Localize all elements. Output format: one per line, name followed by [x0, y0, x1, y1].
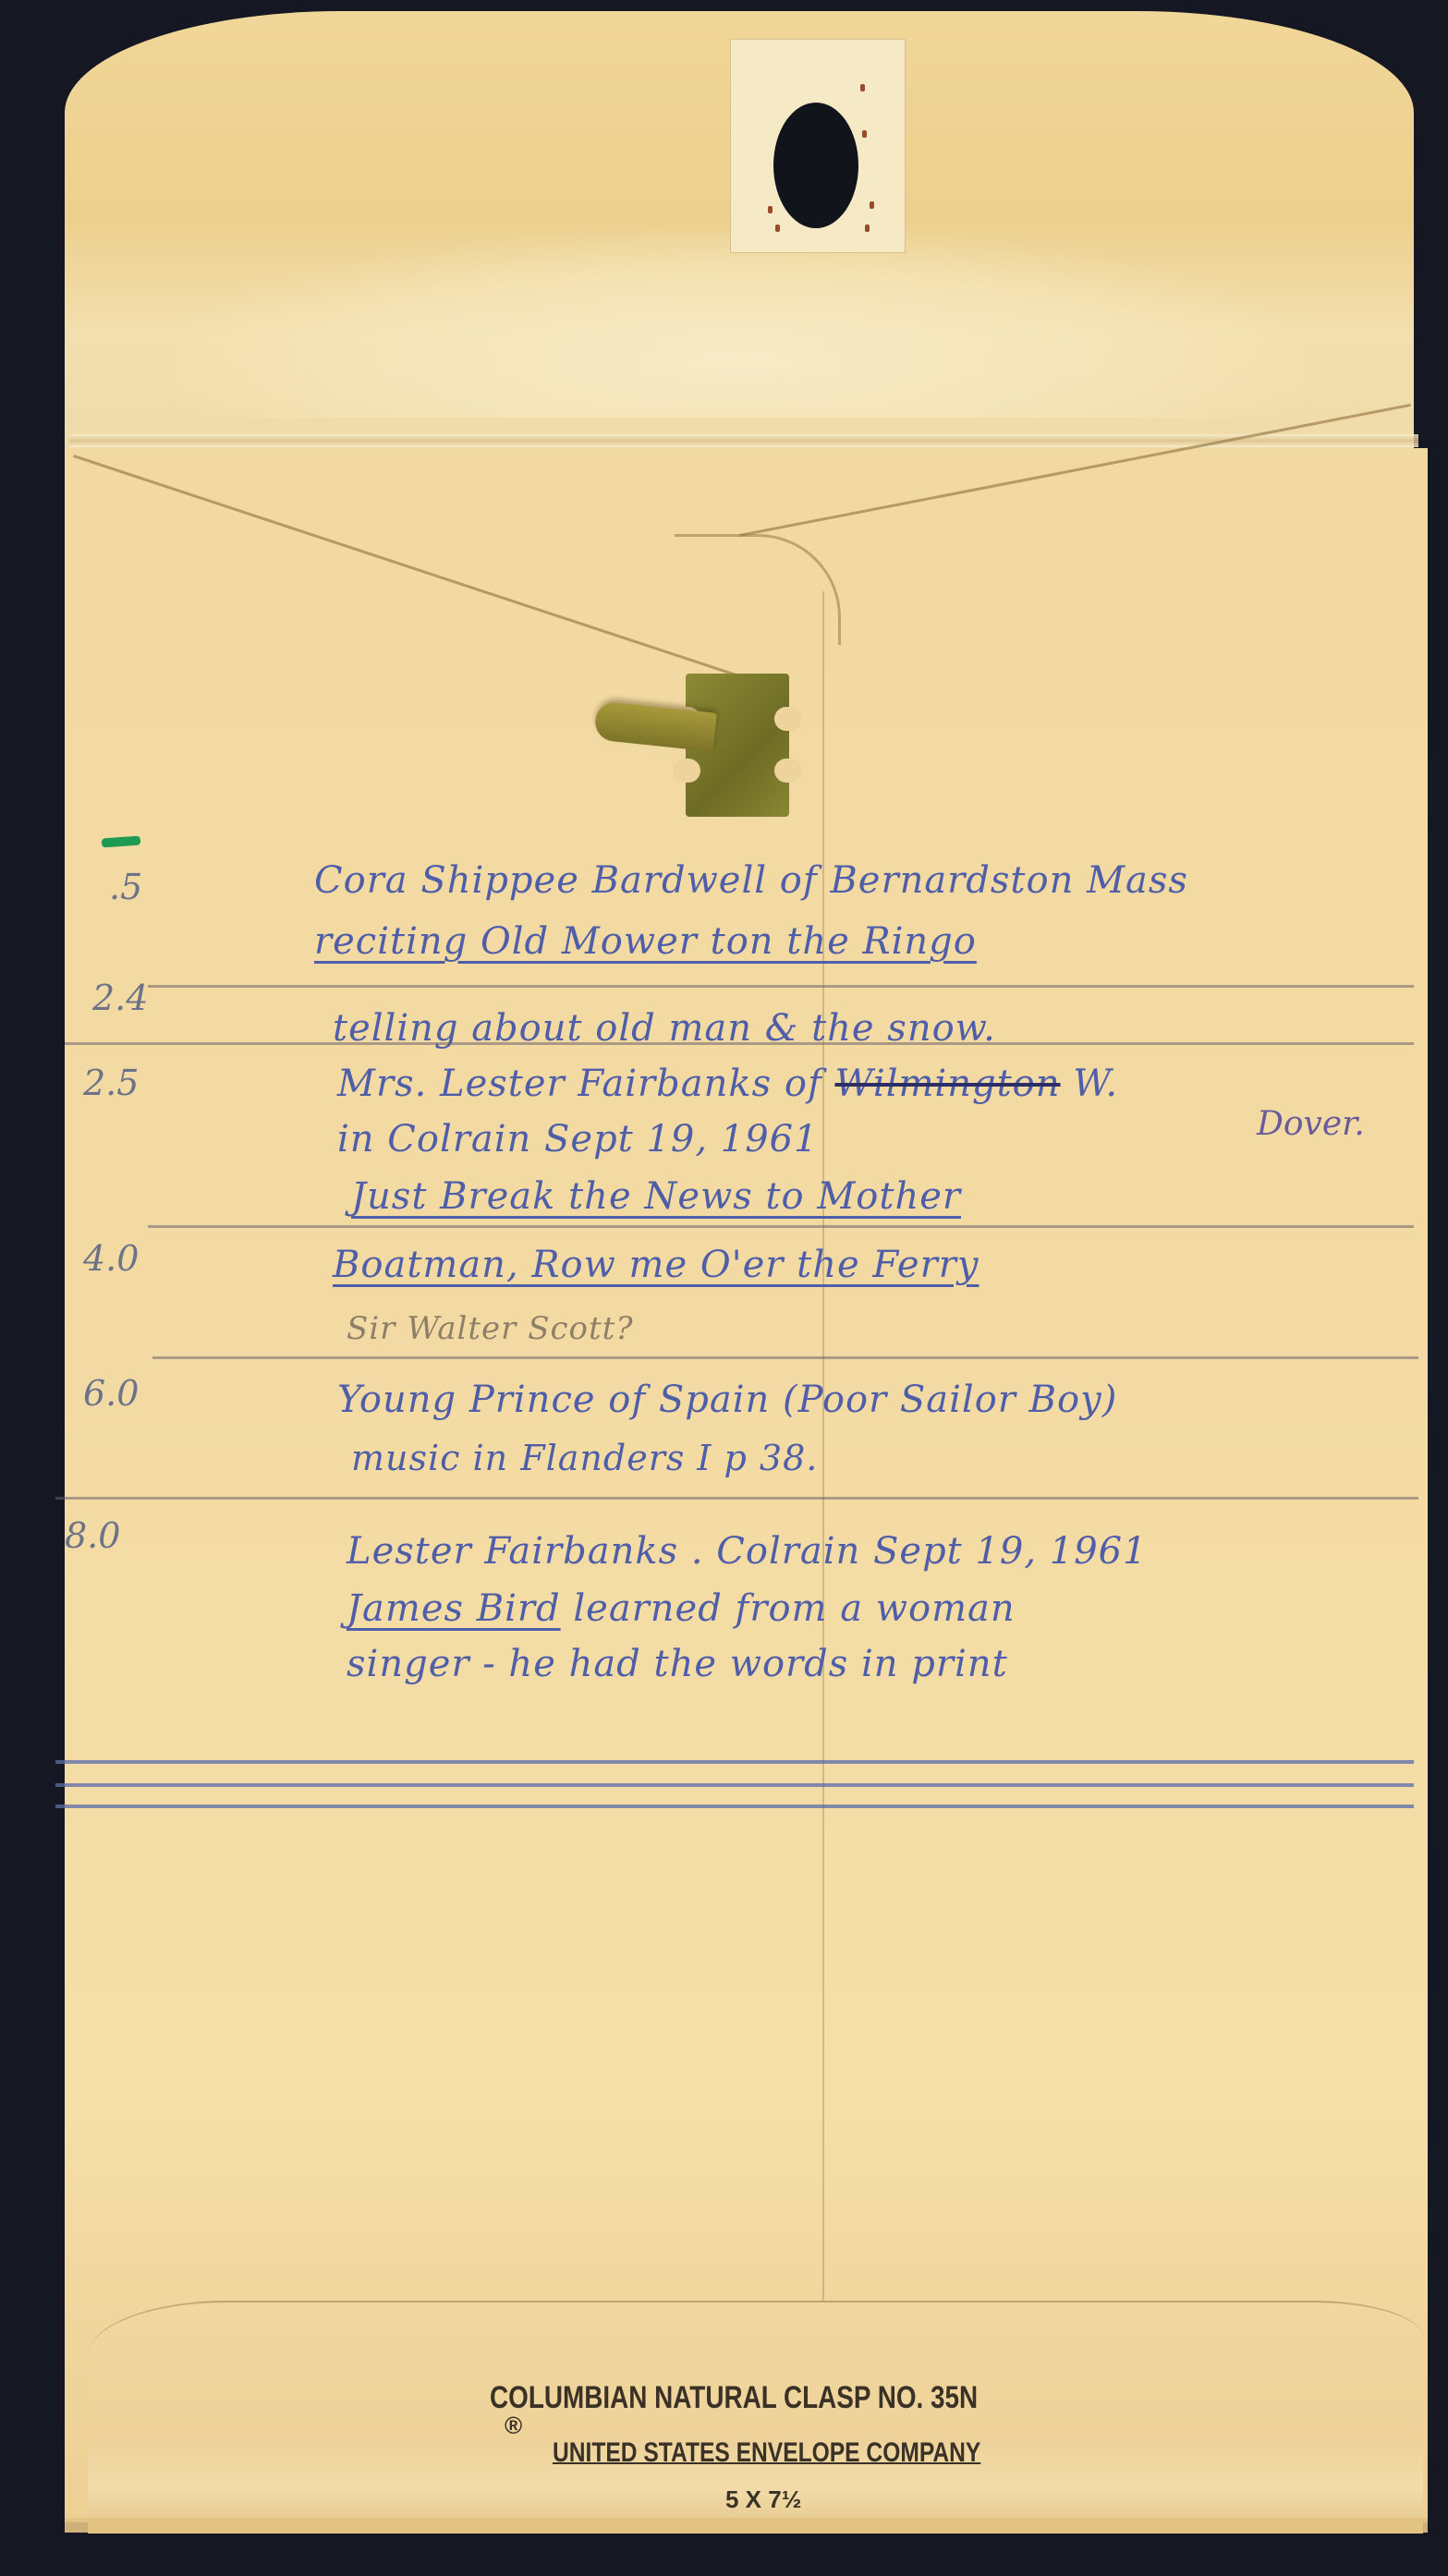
song-title: Just Break the News to Mother — [351, 1175, 961, 1218]
pencil-note: Sir Walter Scott? — [347, 1310, 634, 1347]
song-title: Young Prince of Spain (Poor Sailor Boy) — [337, 1379, 1117, 1421]
struck-text: Wilmington — [834, 1063, 1060, 1105]
entry-time: .5 — [109, 867, 142, 907]
entry-line: music in Flanders I p 38. — [351, 1438, 818, 1478]
closing-rule — [55, 1783, 1414, 1787]
envelope-bottom-edge — [65, 2518, 1428, 2533]
green-ink-mark — [102, 836, 141, 848]
entry-time: 8.0 — [65, 1515, 120, 1556]
clasp-envelope: .5 Cora Shippee Bardwell of Bernardston … — [0, 0, 1448, 2576]
entry-text: W. — [1073, 1063, 1118, 1105]
ledger-rule — [55, 1497, 1418, 1500]
handwritten-ledger: .5 Cora Shippee Bardwell of Bernardston … — [0, 0, 1448, 2576]
entry-text: learned from a woman — [573, 1587, 1015, 1630]
ledger-rule — [152, 1356, 1418, 1359]
entry-line: singer - he had the words in print — [347, 1643, 1008, 1685]
entry-time: 2.4 — [92, 978, 148, 1018]
imprint-size: 5 X 7½ — [725, 2485, 801, 2514]
imprint-model: COLUMBIAN NATURAL CLASP NO. 35N — [490, 2380, 978, 2416]
ledger-rule — [148, 1225, 1414, 1228]
ledger-rule — [65, 1042, 1414, 1045]
entry-line: in Colrain Sept 19, 1961 — [337, 1118, 819, 1160]
entry-time: 6.0 — [83, 1373, 139, 1414]
song-title: James Bird — [347, 1587, 561, 1630]
closing-rule — [55, 1760, 1414, 1764]
entry-time: 4.0 — [83, 1238, 139, 1279]
entry-line: Cora Shippee Bardwell of Bernardston Mas… — [314, 859, 1188, 902]
correction-note: Dover. — [1257, 1105, 1365, 1143]
entry-line: reciting Old Mower ton the Ringo — [314, 920, 977, 963]
registered-mark: ® — [505, 2412, 522, 2440]
entry-time: 2.5 — [83, 1063, 139, 1103]
closing-rule — [55, 1804, 1414, 1808]
entry-line: Mrs. Lester Fairbanks of Wilmington W. — [337, 1063, 1118, 1105]
entry-line: James Bird learned from a woman — [347, 1587, 1016, 1630]
imprint-company: UNITED STATES ENVELOPE COMPANY — [553, 2437, 980, 2469]
entry-text: Mrs. Lester Fairbanks of — [337, 1063, 822, 1105]
song-title: Boatman, Row me O'er the Ferry — [333, 1244, 979, 1286]
entry-line: Lester Fairbanks . Colrain Sept 19, 1961 — [347, 1530, 1148, 1573]
ledger-rule — [148, 985, 1414, 988]
